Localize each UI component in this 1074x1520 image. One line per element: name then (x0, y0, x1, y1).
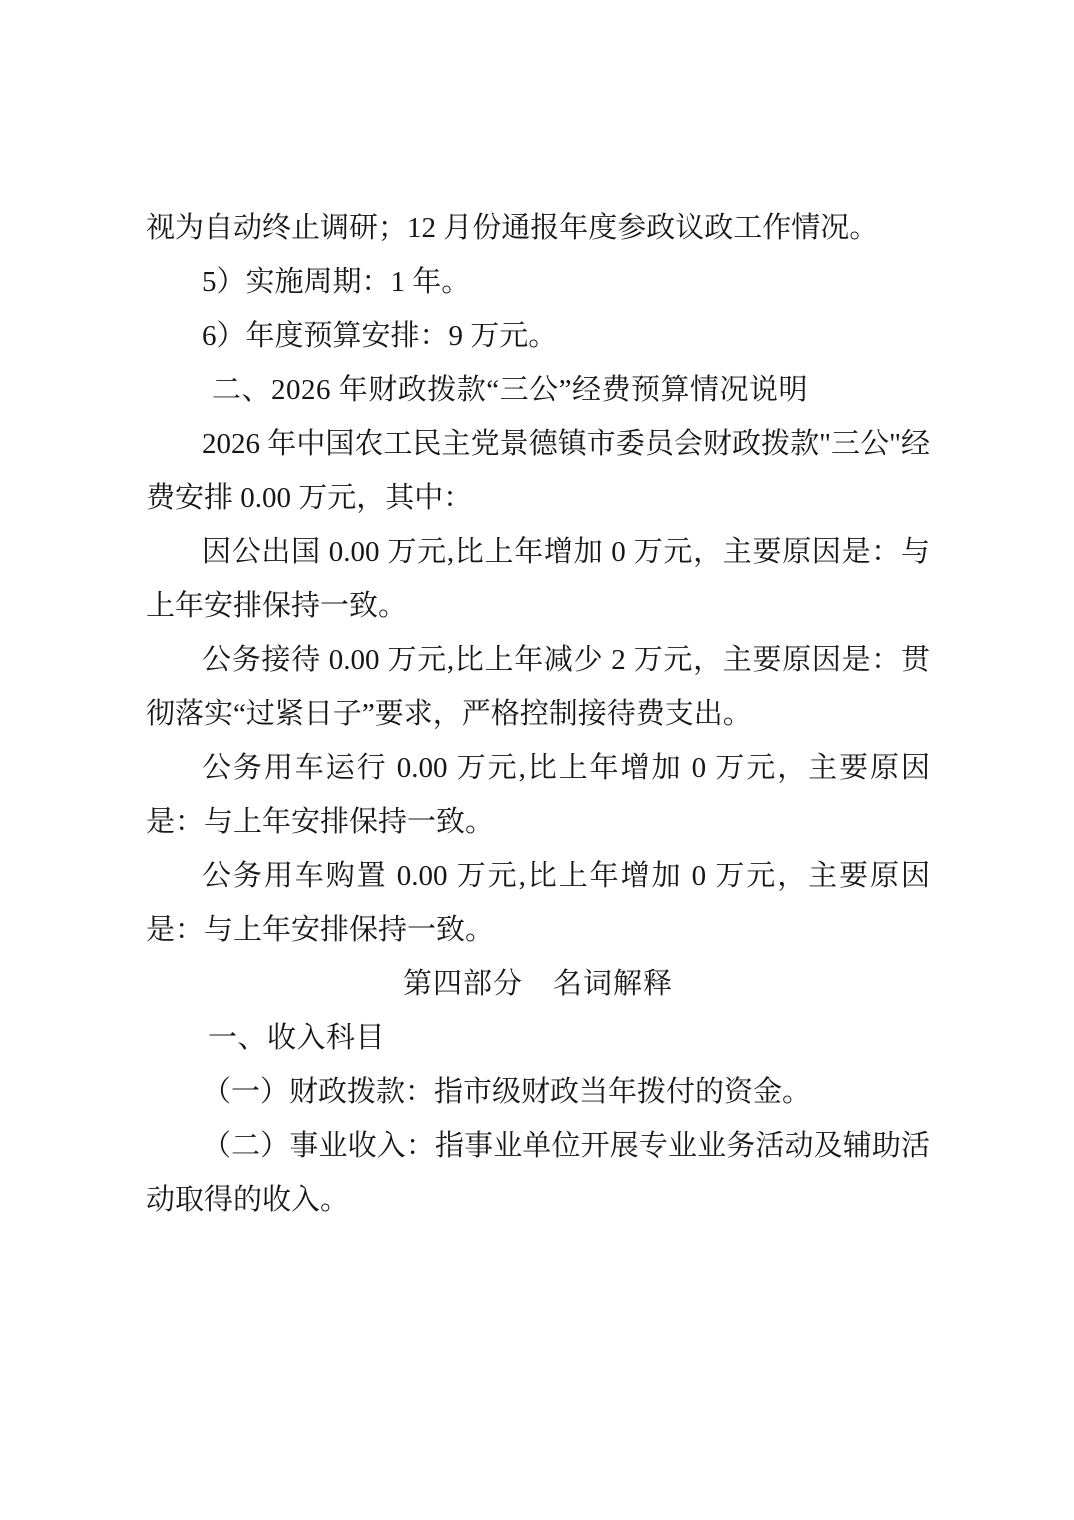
para-vehicle-purchase: 公务用车购置 0.00 万元,比上年增加 0 万元，主要原因是：与上年安排保持一… (146, 849, 930, 957)
para-list4-continuation: 视为自动终止调研；12 月份通报年度参政议政工作情况。 (146, 201, 930, 255)
para-abroad-expense: 因公出国 0.00 万元,比上年增加 0 万元，主要原因是：与上年安排保持一致。 (146, 525, 930, 633)
para-def-business-income: （二）事业收入：指事业单位开展专业业务活动及辅助活动取得的收入。 (146, 1119, 930, 1227)
heading-part-four-glossary: 第四部分 名词解释 (146, 957, 930, 1011)
para-def-fiscal-allocation: （一）财政拨款：指市级财政当年拨付的资金。 (146, 1065, 930, 1119)
heading-section-two-sangong: 二、2026 年财政拨款“三公”经费预算情况说明 (146, 363, 930, 417)
document-page: 视为自动终止调研；12 月份通报年度参政议政工作情况。 5）实施周期：1 年。 … (0, 0, 1074, 1520)
para-vehicle-operation: 公务用车运行 0.00 万元,比上年增加 0 万元，主要原因是：与上年安排保持一… (146, 741, 930, 849)
para-official-reception: 公务接待 0.00 万元,比上年减少 2 万元，主要原因是：贯彻落实“过紧日子”… (146, 633, 930, 741)
para-list-item-6: 6）年度预算安排：9 万元。 (146, 309, 930, 363)
para-sangong-total: 2026 年中国农工民主党景德镇市委员会财政拨款"三公"经费安排 0.00 万元… (146, 417, 930, 525)
para-list-item-5: 5）实施周期：1 年。 (146, 255, 930, 309)
heading-income-subjects: 一、收入科目 (146, 1011, 930, 1065)
